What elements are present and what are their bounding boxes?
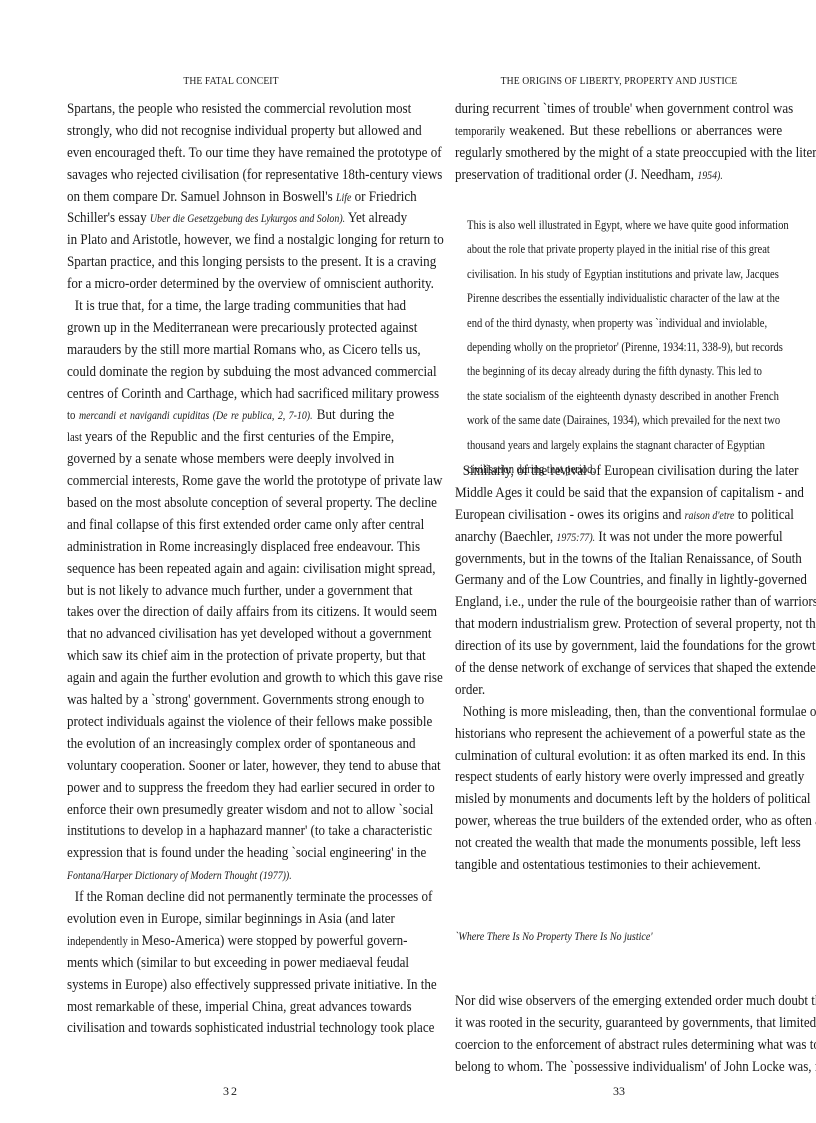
line-text: the state socialism of the eighteenth dy… <box>467 389 779 403</box>
text-line: savages who rejected civilisation (for r… <box>67 164 394 186</box>
line-text: It is true that, for a time, the large t… <box>75 297 406 314</box>
text-line: belong to whom. The `possessive individu… <box>455 1056 782 1078</box>
line-text: sequence has been repeated again and aga… <box>67 560 435 577</box>
line-text: coercion to the enforcement of abstract … <box>455 1036 816 1053</box>
text-line: ments which (similar to but exceeding in… <box>67 952 394 974</box>
line-text: historians who represent the achievement… <box>455 725 805 742</box>
text-line: preservation of traditional order (J. Ne… <box>455 164 782 186</box>
text-line: Similarly, of the revival of European ci… <box>455 460 790 482</box>
line-text: about the role that private property pla… <box>467 242 770 256</box>
text-line: civilisation. In his study of Egyptian i… <box>467 262 779 286</box>
text-line: coercion to the enforcement of abstract … <box>455 1034 782 1056</box>
line-text-small: last <box>67 430 85 444</box>
text-line: centres of Corinth and Carthage, which h… <box>67 383 394 405</box>
line-text: the beginning of its decay already durin… <box>467 364 762 378</box>
line-text: protect individuals against the violence… <box>67 713 432 730</box>
line-text: marauders by the still more martial Roma… <box>67 341 421 358</box>
body-text-final: Nor did wise observers of the emerging e… <box>455 990 783 1078</box>
text-line: was halted by a `strong' government. Gov… <box>67 689 394 711</box>
line-text: centres of Corinth and Carthage, which h… <box>67 385 439 402</box>
line-text: it was rooted in the security, guarantee… <box>455 1014 816 1031</box>
text-line: order. <box>455 679 782 701</box>
text-line: protect individuals against the violence… <box>67 711 394 733</box>
text-line: misled by monuments and documents left b… <box>455 788 782 810</box>
line-text: not created the wealth that made the mon… <box>455 834 801 851</box>
text-line: regularly smothered by the might of a st… <box>455 142 782 164</box>
text-line: of the dense network of exchange of serv… <box>455 657 782 679</box>
line-text: even encouraged theft. To our time they … <box>67 144 442 161</box>
text-line: on them compare Dr. Samuel Johnson in Bo… <box>67 186 394 208</box>
line-text: years of the Republic and the first cent… <box>85 428 394 445</box>
text-line: could dominate the region by subduing th… <box>67 361 394 383</box>
line-text: that no advanced civilisation has yet de… <box>67 625 432 642</box>
line-text: Yet already <box>345 209 407 226</box>
text-line: for a micro-order determined by the over… <box>67 273 394 295</box>
line-text: expression that is found under the headi… <box>67 844 426 861</box>
text-line: sequence has been repeated again and aga… <box>67 558 394 580</box>
line-text: Meso-America) were stopped by powerful g… <box>142 932 408 949</box>
italic-citation: raison d'etre <box>685 510 735 522</box>
text-line: enforce their own presumedly greater wis… <box>67 799 394 821</box>
line-text: civilisation and towards sophisticated i… <box>67 1019 434 1036</box>
text-line: the evolution of an increasingly complex… <box>67 733 394 755</box>
line-text: the evolution of an increasingly complex… <box>67 735 416 752</box>
line-text: to political <box>734 506 794 523</box>
text-line: civilisation and towards sophisticated i… <box>67 1017 394 1039</box>
text-line: Middle Ages it could be said that the ex… <box>455 482 782 504</box>
line-text: misled by monuments and documents left b… <box>455 790 811 807</box>
text-line: England, i.e., under the rule of the bou… <box>455 591 782 613</box>
line-text: administration in Rome increasingly disp… <box>67 538 420 555</box>
text-line: during recurrent `times of trouble' when… <box>455 98 782 120</box>
line-text: Spartans, the people who resisted the co… <box>67 100 411 117</box>
text-line: again and again the further evolution an… <box>67 667 394 689</box>
text-line: Germany and of the Low Countries, and fi… <box>455 569 782 591</box>
line-text: commercial interests, Rome gave the worl… <box>67 472 442 489</box>
line-text: Germany and of the Low Countries, and fi… <box>455 571 807 588</box>
text-line: that modern industrialism grew. Protecti… <box>455 613 782 635</box>
line-text: savages who rejected civilisation (for r… <box>67 166 442 183</box>
line-text: governed by a senate whose members were … <box>67 450 394 467</box>
line-text: Middle Ages it could be said that the ex… <box>455 484 804 501</box>
text-line: last years of the Republic and the first… <box>67 426 394 448</box>
italic-citation: mercandi et navigandi cupiditas (De re p… <box>79 410 313 422</box>
right-page: THE ORIGINS OF LIBERTY, PROPERTY AND JUS… <box>455 0 783 1123</box>
text-line: takes over the direction of daily affair… <box>67 601 394 623</box>
text-line: tangible and ostentatious testimonies to… <box>455 854 782 876</box>
line-text-small: independently in <box>67 934 142 948</box>
text-line: thousand years and largely explains the … <box>467 433 779 457</box>
text-line: governed by a senate whose members were … <box>67 448 394 470</box>
line-text: systems in Europe) also effectively supp… <box>67 976 437 993</box>
text-line: and final collapse of this first extende… <box>67 514 394 536</box>
line-text: culmination of cultural evolution: it as… <box>455 747 805 764</box>
text-line: power and to suppress the freedom they h… <box>67 777 394 799</box>
text-line: depending wholly on the proprietor' (Pir… <box>467 335 779 359</box>
line-text: respect students of early history were o… <box>455 768 804 785</box>
body-text-intro: during recurrent `times of trouble' when… <box>455 98 783 186</box>
line-text: could dominate the region by subduing th… <box>67 363 437 380</box>
line-text: most remarkable of these, imperial China… <box>67 998 412 1015</box>
text-line: temporarily weakened. But these rebellio… <box>455 120 782 142</box>
line-text: again and again the further evolution an… <box>67 669 443 686</box>
line-text: Spartan practice, and this longing persi… <box>67 253 436 270</box>
text-line: systems in Europe) also effectively supp… <box>67 974 394 996</box>
text-line: which saw its chief aim in the protectio… <box>67 645 394 667</box>
line-text: of the dense network of exchange of serv… <box>455 659 816 676</box>
text-line: to mercandi et navigandi cupiditas (De r… <box>67 404 394 426</box>
line-text: was halted by a `strong' government. Gov… <box>67 691 424 708</box>
text-line: institutions to develop in a haphazard m… <box>67 820 394 842</box>
text-line: This is also well illustrated in Egypt, … <box>467 213 779 237</box>
line-text: that modern industrialism grew. Protecti… <box>455 615 816 632</box>
italic-citation: Uber die Gesetzgebung des Lykurgos and S… <box>150 213 345 225</box>
text-line: power, whereas the true builders of the … <box>455 810 782 832</box>
text-line: expression that is found under the headi… <box>67 842 394 864</box>
line-text: England, i.e., under the rule of the bou… <box>455 593 816 610</box>
line-text: institutions to develop in a haphazard m… <box>67 822 432 839</box>
text-line: culmination of cultural evolution: it as… <box>455 745 782 767</box>
text-line: governments, but in the towns of the Ita… <box>455 548 782 570</box>
italic-citation: 1954). <box>697 170 723 182</box>
text-line: marauders by the still more martial Roma… <box>67 339 394 361</box>
line-text: governments, but in the towns of the Ita… <box>455 550 802 567</box>
text-line: Schiller's essay Uber die Gesetzgebung d… <box>67 207 394 229</box>
line-text: preservation of traditional order (J. Ne… <box>455 166 697 183</box>
text-line: Nor did wise observers of the emerging e… <box>455 990 782 1012</box>
line-text: thousand years and largely explains the … <box>467 438 765 452</box>
text-line: Spartans, the people who resisted the co… <box>67 98 394 120</box>
line-text: takes over the direction of daily affair… <box>67 603 437 620</box>
line-text: ments which (similar to but exceeding in… <box>67 954 409 971</box>
text-line: anarchy (Baechler, 1975:77). It was not … <box>455 526 782 548</box>
line-text: based on the most absolute conception of… <box>67 494 437 511</box>
text-line: evolution even in Europe, similar beginn… <box>67 908 394 930</box>
text-line: respect students of early history were o… <box>455 766 782 788</box>
line-text: This is also well illustrated in Egypt, … <box>467 218 789 232</box>
text-line: work of the same date (Dairaines, 1934),… <box>467 408 779 432</box>
line-text: But during the <box>313 406 395 423</box>
line-text-small: temporarily <box>455 124 509 138</box>
text-line: voluntary cooperation. Sooner or later, … <box>67 755 394 777</box>
line-text: Nothing is more misleading, then, than t… <box>463 703 816 720</box>
line-text: for a micro-order determined by the over… <box>67 275 434 292</box>
line-text: but is not likely to advance much furthe… <box>67 582 413 599</box>
line-text: end of the third dynasty, when property … <box>467 316 767 330</box>
line-text: Nor did wise observers of the emerging e… <box>455 992 816 1009</box>
text-line: it was rooted in the security, guarantee… <box>455 1012 782 1034</box>
text-line: based on the most absolute conception of… <box>67 492 394 514</box>
line-text: and final collapse of this first extende… <box>67 516 424 533</box>
line-text: anarchy (Baechler, <box>455 528 556 545</box>
line-text: voluntary cooperation. Sooner or later, … <box>67 757 441 774</box>
line-text: civilisation. In his study of Egyptian i… <box>467 267 779 281</box>
page-number: 33 <box>455 1084 783 1099</box>
italic-citation: Life <box>336 192 351 204</box>
line-text: strongly, who did not recognise individu… <box>67 122 422 139</box>
line-text: power and to suppress the freedom they h… <box>67 779 435 796</box>
text-line: European civilisation - owes its origins… <box>455 504 782 526</box>
line-text: Schiller's essay <box>67 209 150 226</box>
line-text: Similarly, of the revival of European ci… <box>463 462 799 479</box>
line-text: or Friedrich <box>351 188 416 205</box>
line-text: evolution even in Europe, similar beginn… <box>67 910 395 927</box>
body-text: Spartans, the people who resisted the co… <box>67 98 395 1039</box>
text-line: commercial interests, Rome gave the worl… <box>67 470 394 492</box>
line-text: on them compare Dr. Samuel Johnson in Bo… <box>67 188 336 205</box>
text-line: even encouraged theft. To our time they … <box>67 142 394 164</box>
line-text: order. <box>455 681 485 698</box>
text-line: most remarkable of these, imperial China… <box>67 996 394 1018</box>
text-line: It is true that, for a time, the large t… <box>67 295 402 317</box>
block-quote: This is also well illustrated in Egypt, … <box>467 213 779 481</box>
line-text: direction of its use by government, laid… <box>455 637 816 654</box>
left-page: THE FATAL CONCEIT Spartans, the people w… <box>67 0 395 1123</box>
text-line: end of the third dynasty, when property … <box>467 311 779 335</box>
line-text: which saw its chief aim in the protectio… <box>67 647 426 664</box>
line-text: during recurrent `times of trouble' when… <box>455 100 793 117</box>
line-text: regularly smothered by the might of a st… <box>455 144 816 161</box>
text-line: historians who represent the achievement… <box>455 723 782 745</box>
line-text: power, whereas the true builders of the … <box>455 812 816 829</box>
section-heading: `Where There Is No Property There Is No … <box>455 931 653 943</box>
text-line: direction of its use by government, laid… <box>455 635 782 657</box>
italic-citation: Fontana/Harper Dictionary of Modern Thou… <box>67 870 292 882</box>
text-line: Pirenne describes the essentially indivi… <box>467 286 779 310</box>
line-text: It was not under the more powerful <box>595 528 783 545</box>
text-line: Nothing is more misleading, then, than t… <box>455 701 790 723</box>
text-line: Fontana/Harper Dictionary of Modern Thou… <box>67 864 394 886</box>
line-text: belong to whom. The `possessive individu… <box>455 1058 816 1075</box>
text-line: about the role that private property pla… <box>467 237 779 261</box>
line-text: weakened. But these rebellions or aberra… <box>509 122 782 139</box>
line-text: European civilisation - owes its origins… <box>455 506 685 523</box>
text-line: but is not likely to advance much furthe… <box>67 580 394 602</box>
line-text: Pirenne describes the essentially indivi… <box>467 291 780 305</box>
line-text-small: to <box>67 408 79 422</box>
running-head: THE ORIGINS OF LIBERTY, PROPERTY AND JUS… <box>468 76 770 87</box>
text-line: strongly, who did not recognise individu… <box>67 120 394 142</box>
line-text: tangible and ostentatious testimonies to… <box>455 856 761 873</box>
body-text-main: Similarly, of the revival of European ci… <box>455 460 783 876</box>
line-text: grown up in the Mediterranean were preca… <box>67 319 417 336</box>
running-head: THE FATAL CONCEIT <box>80 76 382 87</box>
text-line: that no advanced civilisation has yet de… <box>67 623 394 645</box>
text-line: administration in Rome increasingly disp… <box>67 536 394 558</box>
line-text: in Plato and Aristotle, however, we find… <box>67 231 444 248</box>
text-line: the beginning of its decay already durin… <box>467 359 779 383</box>
page-number: 32 <box>67 1084 395 1099</box>
text-line: independently in Meso-America) were stop… <box>67 930 394 952</box>
text-line: If the Roman decline did not permanently… <box>67 886 402 908</box>
line-text: depending wholly on the proprietor' (Pir… <box>467 340 783 354</box>
text-line: Spartan practice, and this longing persi… <box>67 251 394 273</box>
text-line: not created the wealth that made the mon… <box>455 832 782 854</box>
text-line: grown up in the Mediterranean were preca… <box>67 317 394 339</box>
line-text: enforce their own presumedly greater wis… <box>67 801 433 818</box>
line-text: work of the same date (Dairaines, 1934),… <box>467 413 780 427</box>
text-line: the state socialism of the eighteenth dy… <box>467 384 779 408</box>
italic-citation: 1975:77). <box>556 532 595 544</box>
line-text: If the Roman decline did not permanently… <box>75 888 433 905</box>
text-line: in Plato and Aristotle, however, we find… <box>67 229 394 251</box>
